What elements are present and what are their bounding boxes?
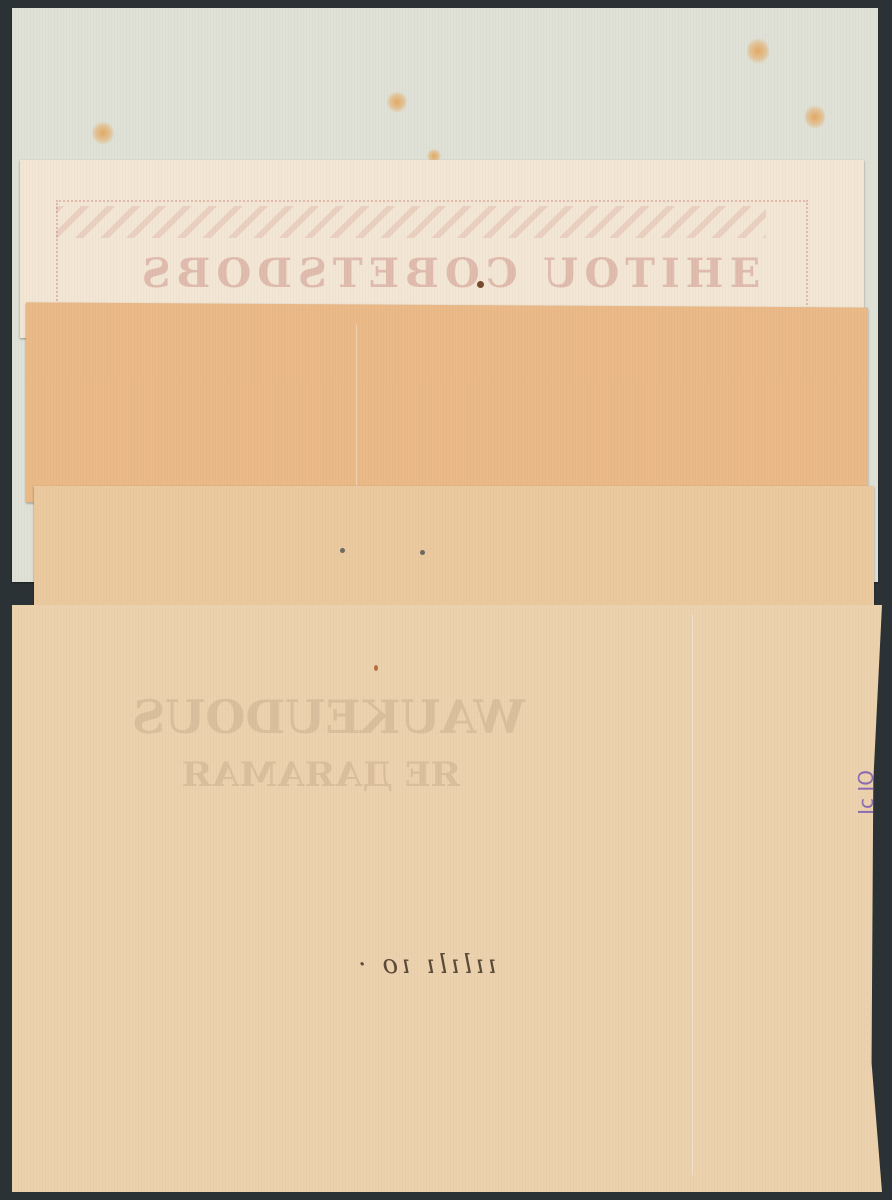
banknote-beige-front: WAUKEUDOUS ЯЕ ДАЯАМАЯ ıılılı ıo · Ic IO [12, 605, 882, 1192]
paper-texture [26, 302, 868, 507]
pinhole [340, 548, 345, 553]
ink-speck [374, 665, 378, 671]
pinhole [420, 550, 425, 555]
foxing-spot [92, 120, 114, 146]
paper-crease [692, 615, 693, 1175]
show-through-text: ЯЕ ДАЯАМАЯ [182, 755, 461, 795]
show-through-text: ƎHITOU COBETSDOBS [80, 250, 760, 300]
foxing-spot [805, 103, 825, 131]
pinhole [477, 281, 484, 288]
foxing-spot [387, 90, 407, 114]
show-through-text: WAUKEUDOUS [132, 690, 525, 744]
paper-texture [34, 486, 874, 616]
ornamental-band [56, 206, 766, 238]
banknote-mottled-tan [34, 486, 874, 616]
handwritten-signature: ıılılı ıo · [354, 950, 497, 980]
banknote-orange-tan [26, 302, 868, 507]
foxing-spot [747, 36, 769, 66]
paper-crease [356, 324, 357, 494]
